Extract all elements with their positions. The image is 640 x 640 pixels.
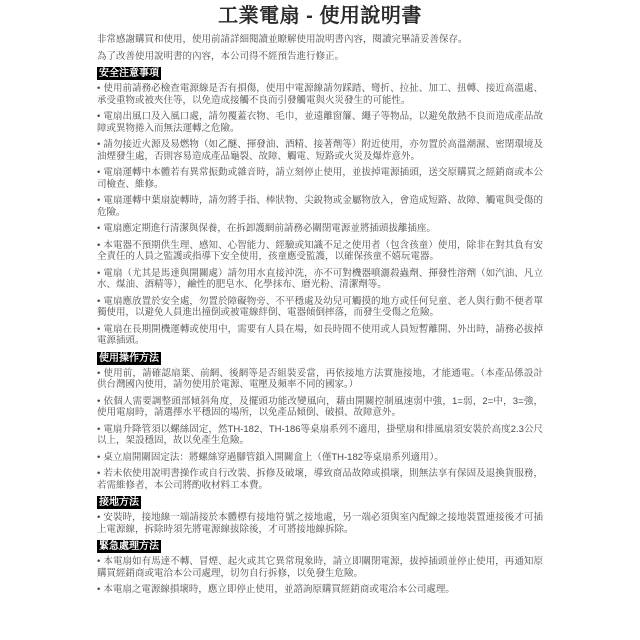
- safety-item-9: •電扇應放置於安全處，勿置於障礙物旁、不平穩處及幼兒可觸摸的地方或任何兒童、老人…: [97, 296, 543, 319]
- safety-item-1-text: 使用前請務必檢查電源線是否有損傷，使用中電源線請勿踩踏、彎折、拉扯、加工、扭轉、…: [97, 83, 543, 106]
- grounding-item-1: •安裝時，接地線一端請接於本體標有接地符號之接地處，另一端必須與室內配線之接地裝…: [97, 512, 543, 535]
- safety-item-8-text: 電扇（尤其是馬達與開關處）請勿用水直接沖洗，亦不可對機器噴灑殺蟲劑、揮發性溶劑（…: [97, 268, 543, 291]
- bullet-icon: •: [97, 223, 100, 234]
- emergency-item-1: •本電扇如有馬達不轉、冒煙、起火或其它異常現象時，請立即關閉電源，拔掉插頭並停止…: [97, 556, 543, 579]
- bullet-icon: •: [97, 296, 100, 307]
- safety-item-6: •電扇應定期進行清潔與保養，在拆卸護網前請務必關閉電源並將插頭拔離插座。: [97, 223, 543, 235]
- operation-item-1-text: 使用前，請確認扇葉、前網、後網等是否組裝妥當，再依接地方法實施接地，才能通電。（…: [97, 368, 543, 391]
- bullet-icon: •: [97, 195, 100, 206]
- safety-item-7: •本電器不預期供生理、感知、心智能力、經驗或知識不足之使用者（包含孩童）使用，除…: [97, 240, 543, 263]
- section-emergency-heading-badge: 緊急處理方法: [97, 540, 161, 553]
- emergency-item-2-text: 本電扇之電源線損壞時，應立即停止使用，並諮詢原購買經銷商或電洽本公司處理。: [103, 584, 455, 595]
- bullet-icon: •: [97, 512, 100, 523]
- safety-item-5-text: 電扇運轉中葉扇旋轉時，請勿將手指、棒狀物、尖銳物或金屬物放入，會造成短路、故障、…: [97, 195, 543, 218]
- intro-paragraph-2: 為了改善使用說明書的內容，本公司得不經預告進行修正。: [97, 51, 543, 63]
- safety-item-2: •電扇出風口及入風口處，請勿覆蓋衣物、毛巾，並遠離窗簾、繩子等物品，以避免散熱不…: [97, 111, 543, 134]
- section-operation-heading-badge: 使用操作方法: [97, 352, 161, 365]
- safety-item-10-text: 電扇在長期開機運轉或使用中，需要有人員在場，如長時間不使用或人員短暫離開、外出時…: [97, 324, 543, 347]
- section-safety-heading-badge: 安全注意事項: [97, 67, 161, 80]
- bullet-icon: •: [97, 468, 100, 479]
- safety-item-5: •電扇運轉中葉扇旋轉時，請勿將手指、棒狀物、尖銳物或金屬物放入，會造成短路、故障…: [97, 195, 543, 218]
- safety-item-10: •電扇在長期開機運轉或使用中，需要有人員在場，如長時間不使用或人員短暫離開、外出…: [97, 324, 543, 347]
- safety-item-3-text: 請勿接近火源及易燃物（如乙醚、揮發油、酒精、接著劑等）附近使用，亦勿置於高溫潮濕…: [97, 139, 543, 162]
- emergency-item-1-text: 本電扇如有馬達不轉、冒煙、起火或其它異常現象時，請立即關閉電源，拔掉插頭並停止使…: [97, 556, 543, 579]
- bullet-icon: •: [97, 240, 100, 251]
- bullet-icon: •: [97, 424, 100, 435]
- bullet-icon: •: [97, 556, 100, 567]
- operation-item-5-text: 若未依使用說明書操作或自行改裝、拆修及破壞，導致商品故障或損壞，則無法享有保固及…: [97, 468, 543, 491]
- bullet-icon: •: [97, 324, 100, 335]
- page-title: 工業電扇 - 使用說明書: [97, 4, 543, 28]
- safety-item-1: •使用前請務必檢查電源線是否有損傷，使用中電源線請勿踩踏、彎折、拉扯、加工、扭轉…: [97, 83, 543, 106]
- manual-document: 工業電扇 - 使用說明書 非常感謝購買和使用，使用前請詳細閱讀並瞭解使用說明書內…: [97, 0, 543, 596]
- operation-item-3-text: 電扇升降管須以螺絲固定，然TH-182、TH-186等桌扇系列不適用，掛壁扇和排…: [97, 424, 543, 447]
- section-grounding-heading-row: 接地方法: [97, 496, 543, 509]
- emergency-item-2: •本電扇之電源線損壞時，應立即停止使用，並諮詢原購買經銷商或電洽本公司處理。: [97, 584, 543, 596]
- bullet-icon: •: [97, 139, 100, 150]
- bullet-icon: •: [97, 83, 100, 94]
- operation-item-4-text: 桌立扇開關固定法：將螺絲穿過腳管鎖入開關盒上（僅TH-182等桌扇系列適用）。: [103, 452, 443, 463]
- safety-item-9-text: 電扇應放置於安全處，勿置於障礙物旁、不平穩處及幼兒可觸摸的地方或任何兒童、老人與…: [97, 296, 543, 319]
- section-operation-heading-row: 使用操作方法: [97, 352, 543, 365]
- intro-paragraph-1: 非常感謝購買和使用，使用前請詳細閱讀並瞭解使用說明書內容，閱讀完畢請妥善保存。: [97, 34, 543, 46]
- bullet-icon: •: [97, 396, 100, 407]
- safety-item-3: •請勿接近火源及易燃物（如乙醚、揮發油、酒精、接著劑等）附近使用，亦勿置於高溫潮…: [97, 139, 543, 162]
- section-safety-heading-row: 安全注意事項: [97, 67, 543, 80]
- operation-item-3: •電扇升降管須以螺絲固定，然TH-182、TH-186等桌扇系列不適用，掛壁扇和…: [97, 424, 543, 447]
- operation-item-2: •依個人需要調整頭部傾斜角度，及擺頭功能改變風向，藉由開關控制風速弱中強，1=弱…: [97, 396, 543, 419]
- operation-item-2-text: 依個人需要調整頭部傾斜角度，及擺頭功能改變風向，藉由開關控制風速弱中強，1=弱，…: [97, 396, 543, 419]
- grounding-item-1-text: 安裝時，接地線一端請接於本體標有接地符號之接地處，另一端必須與室內配線之接地裝置…: [97, 512, 543, 535]
- section-grounding-heading-badge: 接地方法: [97, 496, 141, 509]
- bullet-icon: •: [97, 452, 100, 463]
- bullet-icon: •: [97, 111, 100, 122]
- safety-item-4-text: 電扇運轉中本體若有異常振動或雜音時，請立刻停止使用，並拔掉電源插頭，送交原購買之…: [97, 167, 543, 190]
- operation-item-5: •若未依使用說明書操作或自行改裝、拆修及破壞，導致商品故障或損壞，則無法享有保固…: [97, 468, 543, 491]
- safety-item-2-text: 電扇出風口及入風口處，請勿覆蓋衣物、毛巾，並遠離窗簾、繩子等物品，以避免散熱不良…: [97, 111, 543, 134]
- bullet-icon: •: [97, 584, 100, 595]
- operation-item-1: •使用前，請確認扇葉、前網、後網等是否組裝妥當，再依接地方法實施接地，才能通電。…: [97, 368, 543, 391]
- operation-item-4: •桌立扇開關固定法：將螺絲穿過腳管鎖入開關盒上（僅TH-182等桌扇系列適用）。: [97, 452, 543, 464]
- safety-item-4: •電扇運轉中本體若有異常振動或雜音時，請立刻停止使用，並拔掉電源插頭，送交原購買…: [97, 167, 543, 190]
- safety-item-6-text: 電扇應定期進行清潔與保養，在拆卸護網前請務必關閉電源並將插頭拔離插座。: [103, 223, 436, 234]
- bullet-icon: •: [97, 368, 100, 379]
- safety-item-7-text: 本電器不預期供生理、感知、心智能力、經驗或知識不足之使用者（包含孩童）使用，除非…: [97, 240, 543, 263]
- safety-item-8: •電扇（尤其是馬達與開關處）請勿用水直接沖洗，亦不可對機器噴灑殺蟲劑、揮發性溶劑…: [97, 268, 543, 291]
- section-emergency-heading-row: 緊急處理方法: [97, 540, 543, 553]
- bullet-icon: •: [97, 268, 100, 279]
- bullet-icon: •: [97, 167, 100, 178]
